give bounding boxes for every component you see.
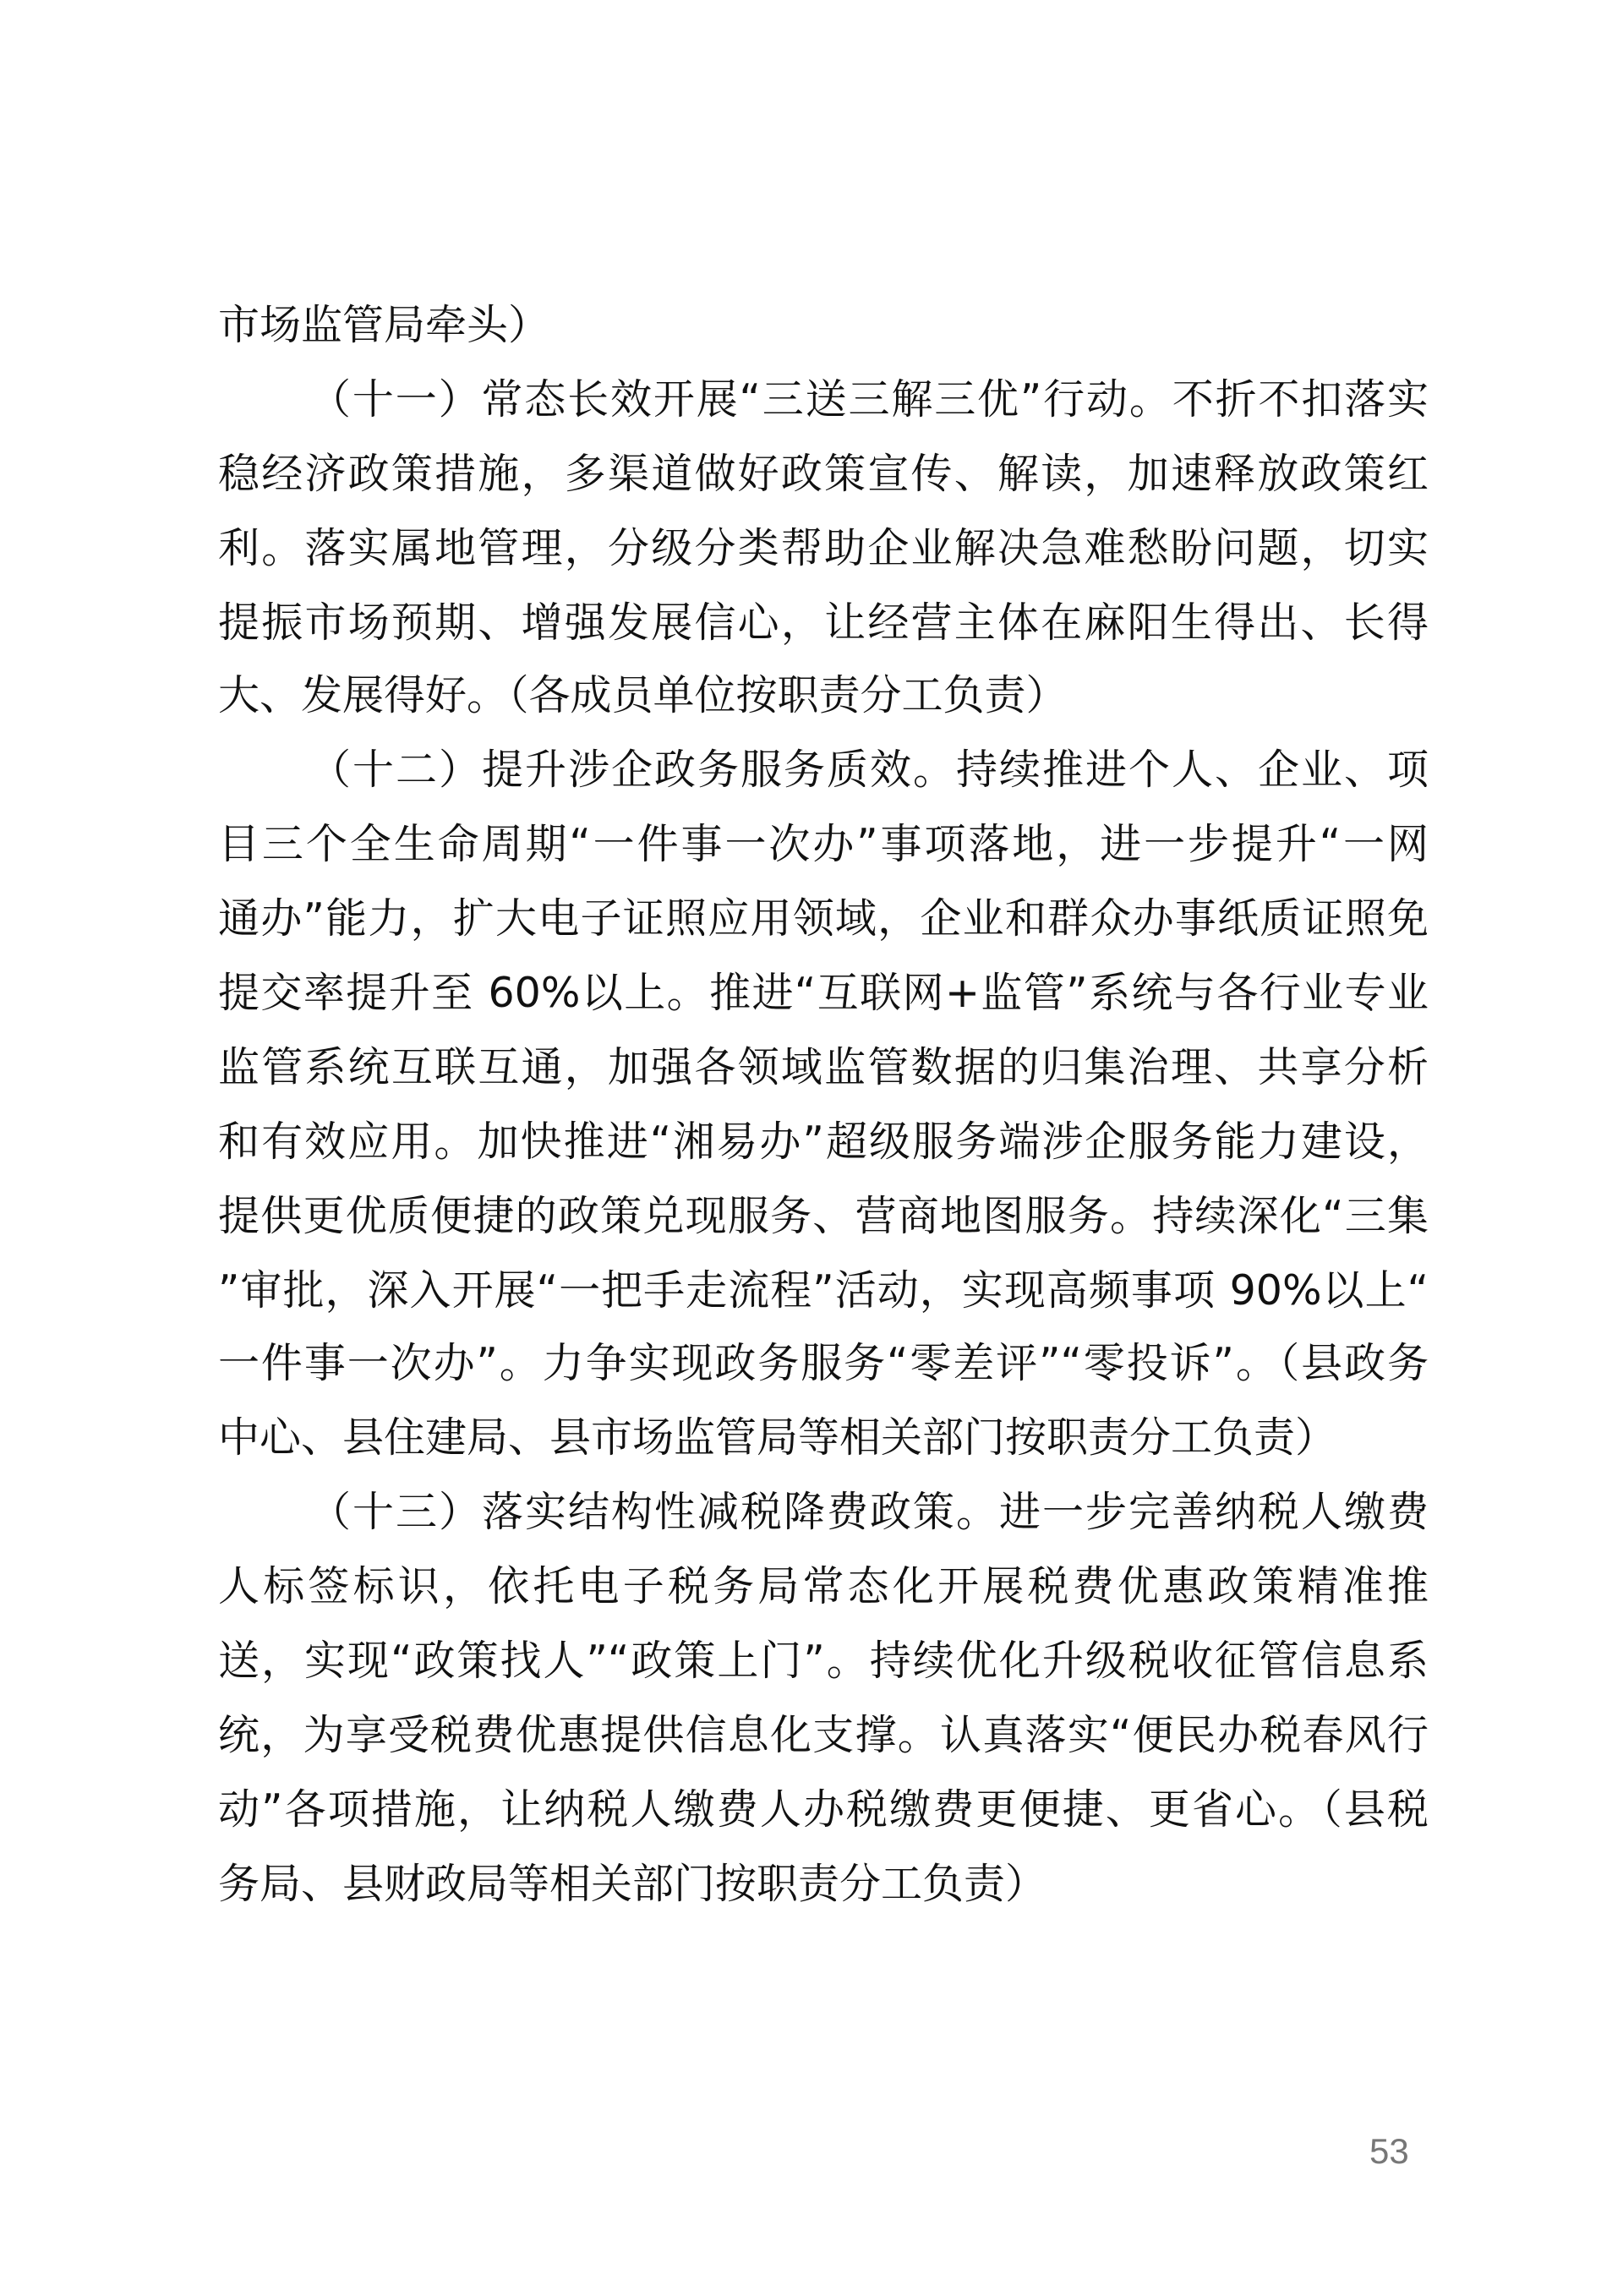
text-line: 务局、县财政局等相关部门按职责分工负责）: [218, 1855, 1429, 1914]
text-line: 中心、县住建局、县市场监管局等相关部门按职责分工负责）: [218, 1408, 1429, 1468]
text-line: 利。落实属地管理，分级分类帮助企业解决急难愁盼问题，切实: [218, 519, 1429, 578]
text-line: ”审批，深入开展“一把手走流程”活动，实现高频事项 90%以上“: [218, 1261, 1429, 1320]
text-line: 市场监管局牵头）: [218, 296, 1429, 355]
text-line: 人标签标识，依托电子税务局常态化开展税费优惠政策精准推: [218, 1557, 1429, 1616]
text-line: 目三个全生命周期“一件事一次办”事项落地，进一步提升“一网: [218, 815, 1429, 874]
text-line: 监管系统互联互通，加强各领域监管数据的归集治理、共享分析: [218, 1038, 1429, 1097]
text-line: 提交率提升至 60%以上。推进“互联网+监管”系统与各行业专业: [218, 964, 1429, 1023]
section-heading-line: （十一）常态长效开展“三送三解三优”行动。不折不扣落实: [309, 370, 1429, 429]
text-line: 通办”能力，扩大电子证照应用领域，企业和群众办事纸质证照免: [218, 889, 1429, 948]
text-line: 和有效应用。加快推进“湘易办”超级服务端涉企服务能力建设，: [218, 1112, 1429, 1172]
section-heading-line: （十二）提升涉企政务服务质效。持续推进个人、企业、项: [309, 741, 1429, 800]
text-line: 动”各项措施，让纳税人缴费人办税缴费更便捷、更省心。（县税: [218, 1780, 1429, 1840]
page-number: 53: [1369, 2130, 1437, 2173]
text-line: 统，为享受税费优惠提供信息化支撑。认真落实“便民办税春风行: [218, 1706, 1429, 1765]
text-line: 大、发展得好。（各成员单位按职责分工负责）: [218, 666, 1429, 725]
text-line: 送，实现“政策找人”“政策上门”。持续优化升级税收征管信息系: [218, 1632, 1429, 1691]
text-line: 提供更优质便捷的政策兑现服务、营商地图服务。持续深化“三集: [218, 1187, 1429, 1246]
text-line: 一件事一次办”。力争实现政务服务“零差评”“零投诉”。（县政务: [218, 1334, 1429, 1393]
text-line: 提振市场预期、增强发展信心，让经营主体在麻阳生得出、长得: [218, 593, 1429, 653]
document-page: 市场监管局牵头） （十一）常态长效开展“三送三解三优”行动。不折不扣落实 稳经济…: [0, 0, 1623, 2296]
section-heading-line: （十三）落实结构性减税降费政策。进一步完善纳税人缴费: [309, 1483, 1429, 1542]
text-line: 稳经济政策措施，多渠道做好政策宣传、解读，加速释放政策红: [218, 445, 1429, 504]
